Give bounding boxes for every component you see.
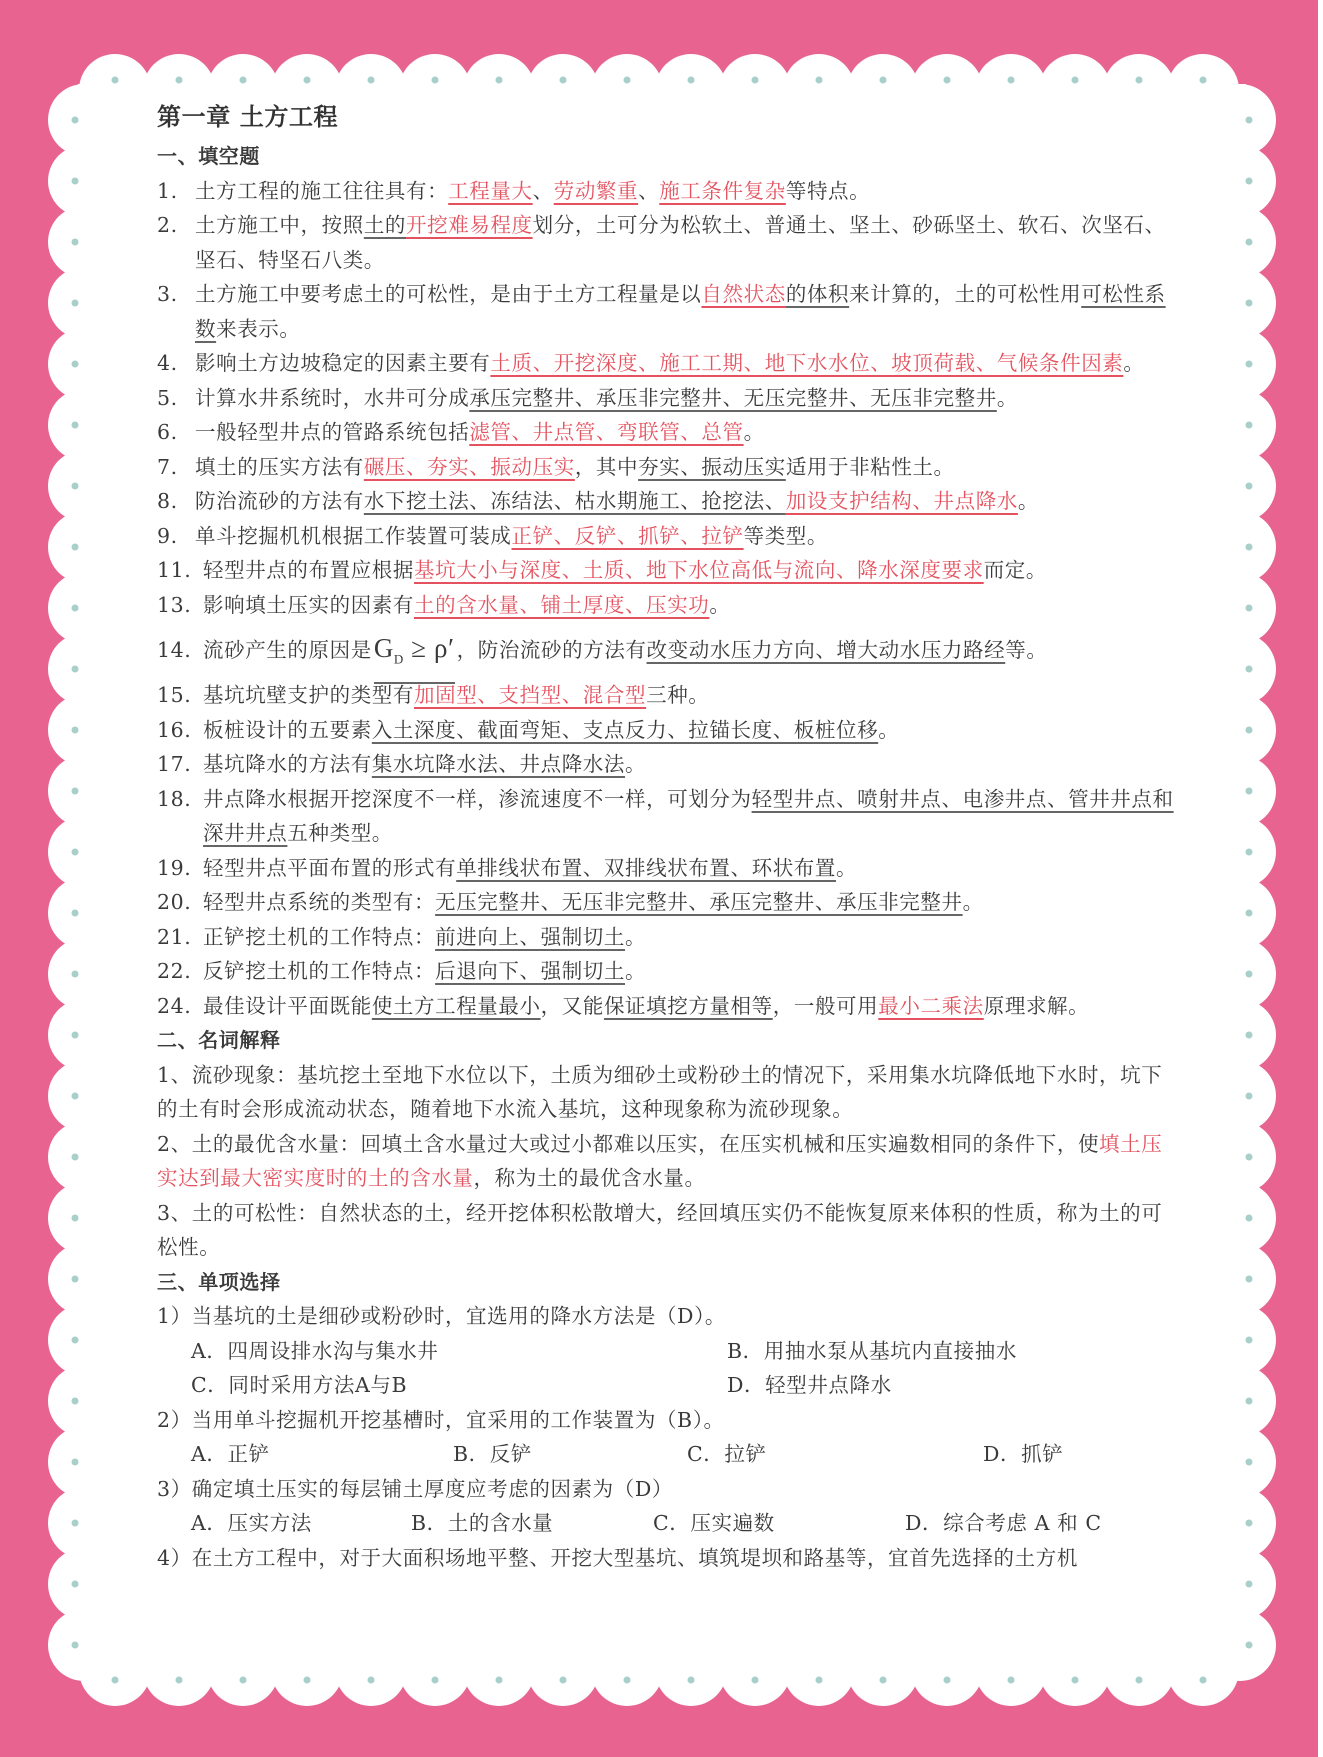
text-segment: 、 bbox=[533, 179, 554, 203]
item-number: 22. bbox=[157, 954, 191, 989]
answer-highlight: 劳动繁重 bbox=[554, 179, 638, 203]
item-number: 9. bbox=[157, 519, 178, 554]
option-row: C．同时采用方法A与BD．轻型井点降水 bbox=[157, 1368, 1177, 1403]
fill-in-list: 1.土方工程的施工往往具有：工程量大、劳动繁重、施工条件复杂等特点。2.土方施工… bbox=[157, 174, 1177, 1024]
fill-in-item: 21.正铲挖土机的工作特点：前进向上、强制切土。 bbox=[157, 920, 1177, 955]
choice-option[interactable]: A．正铲 bbox=[191, 1437, 270, 1472]
text-segment: 2、土的最优含水量：回填土含水量过大或过小都难以压实，在压实机械和压实遍数相同的… bbox=[157, 1132, 1099, 1156]
fill-in-item: 7.填土的压实方法有碾压、夯实、振动压实，其中夯实、振动压实适用于非粘性土。 bbox=[157, 450, 1177, 485]
chapter-title: 第一章 土方工程 bbox=[157, 98, 1177, 136]
fill-in-item: 13.影响填土压实的因素有土的含水量、铺土厚度、压实功。 bbox=[157, 588, 1177, 623]
definitions-list: 1、流砂现象：基坑挖土至地下水位以下，土质为细砂土或粉砂土的情况下，采用集水坑降… bbox=[157, 1058, 1177, 1265]
choice-option[interactable]: D．抓铲 bbox=[983, 1437, 1063, 1472]
item-number: 7. bbox=[157, 450, 178, 485]
text-segment: ，又能 bbox=[541, 994, 604, 1018]
answer-underline: 改变动水压力方向、增大动水压力路经 bbox=[647, 638, 1006, 662]
text-segment: 来表示。 bbox=[216, 317, 300, 341]
text-segment: 。 bbox=[744, 420, 765, 444]
answer-underline: 无压完整井、无压非完整井、承压完整井、承压非完整井 bbox=[435, 890, 963, 914]
item-number: 5. bbox=[157, 381, 178, 416]
fill-in-item: 14.流砂产生的原因是GD ≥ ρ′，防治流砂的方法有改变动水压力方向、增大动水… bbox=[157, 622, 1177, 678]
answer-highlight: 工程量大 bbox=[448, 179, 532, 203]
document-content: 第一章 土方工程 一、填空题 1.土方工程的施工往往具有：工程量大、劳动繁重、施… bbox=[157, 98, 1177, 1575]
text-segment: 最佳设计平面既能 bbox=[203, 994, 372, 1018]
definition-item: 1、流砂现象：基坑挖土至地下水位以下，土质为细砂土或粉砂土的情况下，采用集水坑降… bbox=[157, 1058, 1177, 1127]
answer-underline: 入土深度、截面弯矩、支点反力、拉锚长度、板桩位移 bbox=[372, 718, 878, 742]
choice-option[interactable]: C．同时采用方法A与B bbox=[191, 1368, 407, 1403]
text-segment: 土方施工中，按照 bbox=[195, 213, 364, 237]
choice-option[interactable]: C．压实遍数 bbox=[653, 1506, 775, 1541]
text-segment: 防治流砂的方法有 bbox=[195, 489, 364, 513]
text-segment: 适用于非粘性土。 bbox=[786, 455, 955, 479]
text-segment: 。 bbox=[1018, 489, 1039, 513]
choice-option[interactable]: A．压实方法 bbox=[191, 1506, 312, 1541]
item-number: 21. bbox=[157, 920, 191, 955]
choice-option[interactable]: B．土的含水量 bbox=[411, 1506, 553, 1541]
choice-option[interactable]: A．四周设排水沟与集水井 bbox=[191, 1334, 439, 1369]
text-segment: 原理求解。 bbox=[984, 994, 1090, 1018]
item-number: 19. bbox=[157, 851, 191, 886]
single-choice-list: 1）当基坑的土是细砂或粉砂时，宜选用的降水方法是（D）。A．四周设排水沟与集水井… bbox=[157, 1299, 1177, 1575]
fill-in-item: 9.单斗挖掘机机根据工作装置可装成正铲、反铲、抓铲、拉铲等类型。 bbox=[157, 519, 1177, 554]
item-number: 15. bbox=[157, 678, 191, 713]
fill-in-item: 1.土方工程的施工往往具有：工程量大、劳动繁重、施工条件复杂等特点。 bbox=[157, 174, 1177, 209]
item-number: 13. bbox=[157, 588, 191, 623]
answer-highlight: 土的含水量、铺土厚度、压实功 bbox=[414, 593, 709, 617]
answer-highlight: 滤管、井点管、弯联管、总管 bbox=[469, 420, 743, 444]
text-segment: 影响填土压实的因素有 bbox=[203, 593, 414, 617]
answer-highlight: 加设支护结构、井点降水 bbox=[786, 489, 1018, 513]
text-segment: 。 bbox=[1123, 351, 1144, 375]
text-segment: 影响土方边坡稳定的因素主要有 bbox=[195, 351, 490, 375]
fill-in-item: 24.最佳设计平面既能使土方工程量最小，又能保证填挖方量相等，一般可用最小二乘法… bbox=[157, 989, 1177, 1024]
item-number: 11. bbox=[157, 553, 191, 588]
text-segment: 计算水井系统时，水井可分成 bbox=[195, 386, 469, 410]
text-segment: 。 bbox=[709, 593, 730, 617]
answer-highlight: 土质、开挖深度、施工工期、地下水水位、坡顶荷载、气候条件因素 bbox=[490, 351, 1123, 375]
answer-highlight: 基坑大小与深度、土质、地下水位高低与流向、降水深度要求 bbox=[414, 558, 984, 582]
section-heading-definitions: 二、名词解释 bbox=[157, 1023, 1177, 1058]
text-segment: ，防治流砂的方法有 bbox=[457, 638, 647, 662]
question-stem: 3）确定填土压实的每层铺土厚度应考虑的因素为（D） bbox=[157, 1472, 1177, 1507]
text-segment: 。 bbox=[878, 718, 899, 742]
answer-highlight: 碾压、夯实、振动压实 bbox=[364, 455, 575, 479]
fill-in-item: 22.反铲挖土机的工作特点：后退向下、强制切土。 bbox=[157, 954, 1177, 989]
choice-option[interactable]: D．轻型井点降水 bbox=[727, 1368, 892, 1403]
fill-in-item: 8.防治流砂的方法有水下挖土法、冻结法、枯水期施工、抢挖法、加设支护结构、井点降… bbox=[157, 484, 1177, 519]
item-number: 24. bbox=[157, 989, 191, 1024]
text-segment: 井点降水根据开挖深度不一样，渗流速度不一样，可划分为 bbox=[203, 787, 752, 811]
text-segment: 。 bbox=[997, 386, 1018, 410]
fill-in-item: 2.土方施工中，按照土的开挖难易程度划分，土可分为松软土、普通土、坚土、砂砾坚土… bbox=[157, 208, 1177, 277]
text-segment: 正铲挖土机的工作特点： bbox=[203, 925, 435, 949]
fill-in-item: 5.计算水井系统时，水井可分成承压完整井、承压非完整井、无压完整井、无压非完整井… bbox=[157, 381, 1177, 416]
answer-highlight: 最小二乘法 bbox=[878, 994, 984, 1018]
answer-underline: 后退向下、强制切土 bbox=[435, 959, 625, 983]
text-segment: 轻型井点的布置应根据 bbox=[203, 558, 414, 582]
text-segment: 。 bbox=[625, 752, 646, 776]
formula-subscript: D bbox=[394, 651, 404, 666]
fill-in-item: 4.影响土方边坡稳定的因素主要有土质、开挖深度、施工工期、地下水水位、坡顶荷载、… bbox=[157, 346, 1177, 381]
item-number: 20. bbox=[157, 885, 191, 920]
text-segment: 。 bbox=[625, 925, 646, 949]
definition-item: 3、土的可松性：自然状态的土，经开挖体积松散增大，经回填压实仍不能恢复原来体积的… bbox=[157, 1196, 1177, 1265]
text-segment: 。 bbox=[625, 959, 646, 983]
text-segment: 反铲挖土机的工作特点： bbox=[203, 959, 435, 983]
text-segment: ，称为土的最优含水量。 bbox=[474, 1166, 706, 1190]
fill-in-item: 11.轻型井点的布置应根据基坑大小与深度、土质、地下水位高低与流向、降水深度要求… bbox=[157, 553, 1177, 588]
answer-highlight: 自然状态 bbox=[701, 282, 785, 306]
item-number: 1. bbox=[157, 174, 178, 209]
fill-in-item: 17.基坑降水的方法有集水坑降水法、井点降水法。 bbox=[157, 747, 1177, 782]
text-segment: 1、流砂现象：基坑挖土至地下水位以下，土质为细砂土或粉砂土的情况下，采用集水坑降… bbox=[157, 1063, 1162, 1122]
answer-underline: 使土方工程量最小 bbox=[372, 994, 541, 1018]
text-segment: 等类型。 bbox=[744, 524, 828, 548]
choice-option[interactable]: D．综合考虑 A 和 C bbox=[905, 1506, 1102, 1541]
answer-underline: 承压完整井、承压非完整井、无压完整井、无压非完整井 bbox=[469, 386, 997, 410]
fill-in-item: 16.板桩设计的五要素入土深度、截面弯矩、支点反力、拉锚长度、板桩位移。 bbox=[157, 713, 1177, 748]
text-segment: 等。 bbox=[1005, 638, 1047, 662]
answer-underline: 夯实、振动压实 bbox=[638, 455, 786, 479]
option-row: A．压实方法B．土的含水量C．压实遍数D．综合考虑 A 和 C bbox=[157, 1506, 1177, 1541]
fill-in-item: 6.一般轻型井点的管路系统包括滤管、井点管、弯联管、总管。 bbox=[157, 415, 1177, 450]
question-stem: 4）在土方工程中，对于大面积场地平整、开挖大型基坑、填筑堤坝和路基等，宜首先选择… bbox=[157, 1541, 1177, 1576]
text-segment: ，一般可用 bbox=[773, 994, 879, 1018]
answer-underline: 的体积 bbox=[786, 282, 849, 306]
text-segment: 3、土的可松性：自然状态的土，经开挖体积松散增大，经回填压实仍不能恢复原来体积的… bbox=[157, 1201, 1162, 1260]
fill-in-item: 15.基坑坑壁支护的类型有加固型、支挡型、混合型三种。 bbox=[157, 678, 1177, 713]
text-segment: 来计算的，土的可松性用 bbox=[849, 282, 1081, 306]
fill-in-item: 20.轻型井点系统的类型有：无压完整井、无压非完整井、承压完整井、承压非完整井。 bbox=[157, 885, 1177, 920]
section-heading-single-choice: 三、单项选择 bbox=[157, 1265, 1177, 1300]
text-segment: 。 bbox=[836, 856, 857, 880]
question-stem: 2）当用单斗挖掘机开挖基槽时，宜采用的工作装置为（B）。 bbox=[157, 1403, 1177, 1438]
answer-underline: 保证填挖方量相等 bbox=[604, 994, 773, 1018]
answer-highlight: 开挖难易程度 bbox=[406, 213, 533, 237]
text-segment: 、 bbox=[638, 179, 659, 203]
text-segment: 三种。 bbox=[646, 683, 709, 707]
item-number: 6. bbox=[157, 415, 178, 450]
fill-in-item: 19.轻型井点平面布置的形式有单排线状布置、双排线状布置、环状布置。 bbox=[157, 851, 1177, 886]
item-number: 17. bbox=[157, 747, 191, 782]
choice-option[interactable]: C．拉铲 bbox=[687, 1437, 767, 1472]
answer-underline: 水下挖土法、冻结法、枯水期施工、抢挖法、 bbox=[364, 489, 786, 513]
definition-item: 2、土的最优含水量：回填土含水量过大或过小都难以压实，在压实机械和压实遍数相同的… bbox=[157, 1127, 1177, 1196]
answer-underline: 前进向上、强制切土 bbox=[435, 925, 625, 949]
text-segment: 轻型井点平面布置的形式有 bbox=[203, 856, 456, 880]
text-segment: 而定。 bbox=[984, 558, 1047, 582]
choice-option[interactable]: B．用抽水泵从基坑内直接抽水 bbox=[727, 1334, 1017, 1369]
item-number: 14. bbox=[157, 622, 191, 678]
answer-underline: 土的 bbox=[364, 213, 406, 237]
text-segment: 土方施工中要考虑土的可松性，是由于土方工程量是以 bbox=[195, 282, 701, 306]
item-number: 16. bbox=[157, 713, 191, 748]
text-segment: 流砂产生的原因是 bbox=[203, 638, 372, 662]
text-segment: 填土的压实方法有 bbox=[195, 455, 364, 479]
option-row: A．四周设排水沟与集水井B．用抽水泵从基坑内直接抽水 bbox=[157, 1334, 1177, 1369]
answer-highlight: 加固型、支挡型、混合型 bbox=[414, 683, 646, 707]
text-segment: 板桩设计的五要素 bbox=[203, 718, 372, 742]
text-segment: 轻型井点系统的类型有： bbox=[203, 890, 435, 914]
right-edge-strip bbox=[1318, 0, 1323, 1757]
option-row: A．正铲B．反铲C．拉铲D．抓铲 bbox=[157, 1437, 1177, 1472]
text-segment: 基坑坑壁支护的类型有 bbox=[203, 683, 414, 707]
text-segment: 。 bbox=[963, 890, 984, 914]
text-segment: 等特点。 bbox=[786, 179, 870, 203]
answer-underline: 集水坑降水法、井点降水法 bbox=[372, 752, 625, 776]
item-number: 4. bbox=[157, 346, 178, 381]
text-segment: 单斗挖掘机机根据工作装置可装成 bbox=[195, 524, 512, 548]
item-number: 18. bbox=[157, 782, 191, 817]
answer-highlight: 施工条件复杂 bbox=[659, 179, 786, 203]
text-segment: 基坑降水的方法有 bbox=[203, 752, 372, 776]
answer-highlight: 正铲、反铲、抓铲、拉铲 bbox=[512, 524, 744, 548]
answer-underline: 单排线状布置、双排线状布置、环状布置 bbox=[456, 856, 836, 880]
text-segment: 一般轻型井点的管路系统包括 bbox=[195, 420, 469, 444]
fill-in-item: 18.井点降水根据开挖深度不一样，渗流速度不一样，可划分为轻型井点、喷射井点、电… bbox=[157, 782, 1177, 851]
fill-in-item: 3.土方施工中要考虑土的可松性，是由于土方工程量是以自然状态的体积来计算的，土的… bbox=[157, 277, 1177, 346]
section-heading-fill-in: 一、填空题 bbox=[157, 139, 1177, 174]
item-number: 2. bbox=[157, 208, 178, 243]
item-number: 3. bbox=[157, 277, 178, 312]
text-segment: ，其中 bbox=[575, 455, 638, 479]
question-stem: 1）当基坑的土是细砂或粉砂时，宜选用的降水方法是（D）。 bbox=[157, 1299, 1177, 1334]
formula-main: G bbox=[374, 633, 394, 663]
formula-rest: ≥ ρ′ bbox=[404, 633, 455, 663]
text-segment: 五种类型。 bbox=[287, 821, 393, 845]
text-segment: 土方工程的施工往往具有： bbox=[195, 179, 448, 203]
choice-option[interactable]: B．反铲 bbox=[453, 1437, 532, 1472]
item-number: 8. bbox=[157, 484, 178, 519]
formula: GD ≥ ρ′ bbox=[374, 631, 455, 684]
